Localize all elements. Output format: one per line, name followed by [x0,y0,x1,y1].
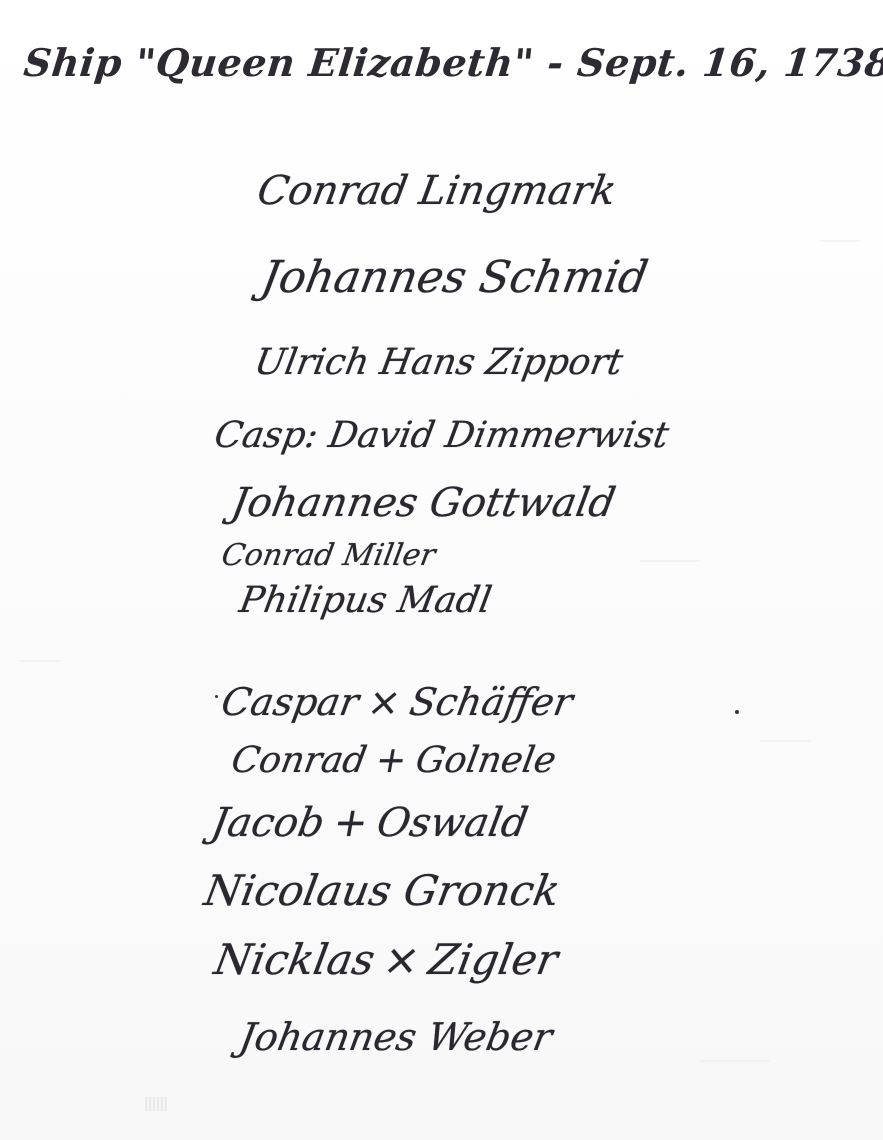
signature-name: Conrad Miller [219,538,438,573]
signature-name: Caspar [218,680,362,724]
signature-name: Jacob [208,800,328,846]
signature-name: Johannes Gottwald [228,480,619,526]
signature-line: Johannes Gottwald [228,480,619,526]
signature-name: Nicolaus Gronck [201,866,564,915]
signature-mark: + [373,740,410,781]
signature-name: Conrad Lingmark [254,168,620,214]
signature-line: Nicolaus Gronck [201,866,564,915]
signature-name: Johannes Weber [236,1015,555,1059]
ink-dot [215,695,218,698]
ink-dot [735,710,739,714]
signature-line: Johannes Schmid [258,252,652,303]
signature-line: Johannes Weber [236,1015,555,1059]
signature-line: Casp: David Dimmerwist [211,415,671,456]
scan-mark [145,1097,167,1111]
signature-line: Ulrich Hans Zipport [251,342,626,383]
signature-name: Philipus Madl [236,580,494,621]
signature-line: Conrad Lingmark [254,168,620,214]
signature-line: Conrad Miller [219,538,438,573]
signature-name: Johannes Schmid [258,252,652,303]
signature-name: Ulrich Hans Zipport [251,342,626,383]
signature-surname: Zigler [425,935,562,984]
signature-name: Nicklas [211,935,379,984]
signature-mark: + [330,800,372,846]
signature-surname: Schäffer [406,680,576,724]
signature-line: Caspar×Schäffer [218,680,576,724]
signature-line: Jacob+Oswald [208,800,531,846]
signature-name: Casp: David Dimmerwist [211,415,671,456]
signature-mark: × [365,680,405,724]
signature-line: Conrad+Golnele [228,740,559,781]
scanned-page: Ship "Queen Elizabeth" - Sept. 16, 1738 … [0,0,883,1140]
signature-line: Nicklas×Zigler [211,935,562,984]
signature-list: Conrad LingmarkJohannes SchmidUlrich Han… [0,0,883,1140]
signature-surname: Golnele [413,740,559,781]
signature-name: Conrad [228,740,369,781]
signature-line: Philipus Madl [236,580,494,621]
signature-mark: × [380,935,424,984]
signature-surname: Oswald [373,800,531,846]
